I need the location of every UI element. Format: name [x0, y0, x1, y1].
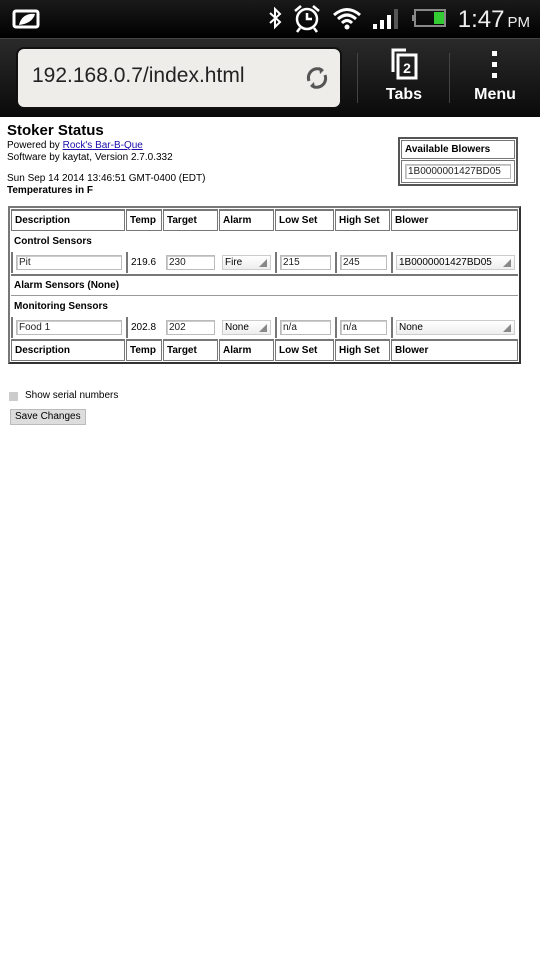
- col-description: Description: [11, 339, 125, 361]
- browser-toolbar: 192.168.0.7/index.html 2 Tabs Menu: [0, 38, 540, 117]
- alarm-select[interactable]: Fire: [222, 255, 271, 270]
- dropdown-arrow-icon: [259, 324, 267, 332]
- col-temp: Temp: [126, 209, 162, 231]
- col-temp: Temp: [126, 339, 162, 361]
- col-target: Target: [163, 339, 218, 361]
- tabs-icon: 2: [388, 47, 420, 81]
- separator: [357, 53, 358, 103]
- description-input[interactable]: Pit: [16, 255, 122, 270]
- status-bar: 1:47PM: [0, 0, 540, 38]
- temp-value: 202.8: [126, 317, 162, 338]
- show-serial-label: Show serial numbers: [25, 390, 118, 401]
- wifi-icon: [332, 6, 362, 35]
- alarm-select[interactable]: None: [222, 320, 271, 335]
- col-target: Target: [163, 209, 218, 231]
- url-text[interactable]: 192.168.0.7/index.html: [32, 64, 244, 88]
- col-high-set: High Set: [335, 339, 390, 361]
- url-bar[interactable]: 192.168.0.7/index.html: [18, 49, 340, 107]
- sensor-table: Description Temp Target Alarm Low Set Hi…: [8, 206, 521, 364]
- col-low-set: Low Set: [275, 209, 334, 231]
- show-serial-checkbox[interactable]: [9, 392, 18, 401]
- dropdown-arrow-icon: [259, 259, 267, 267]
- reload-icon[interactable]: [304, 65, 330, 96]
- available-blowers-panel: Available Blowers 1B0000001427BD05: [398, 137, 518, 186]
- tabs-label: Tabs: [384, 86, 424, 104]
- section-monitoring-sensors: Monitoring Sensors: [11, 297, 518, 316]
- blower-select[interactable]: None: [396, 320, 515, 335]
- table-row: Food 1 202.8 202 None n/a n/a None: [11, 317, 518, 338]
- alarm-clock-icon: [292, 3, 322, 38]
- signal-icon: [372, 6, 402, 35]
- col-blower: Blower: [391, 339, 518, 361]
- blower-select[interactable]: 1B0000001427BD05: [396, 255, 515, 270]
- dropdown-arrow-icon: [503, 324, 511, 332]
- blower-serial-field[interactable]: 1B0000001427BD05: [405, 164, 511, 179]
- header-row: Description Temp Target Alarm Low Set Hi…: [11, 209, 518, 231]
- battery-icon: [412, 8, 448, 33]
- tabs-button[interactable]: 2 Tabs: [384, 47, 424, 104]
- menu-button[interactable]: Menu: [470, 47, 520, 104]
- available-blowers-header: Available Blowers: [401, 140, 515, 159]
- overflow-menu-icon: [485, 47, 505, 81]
- target-input[interactable]: 230: [166, 255, 215, 270]
- units-label: Temperatures in F: [7, 185, 533, 197]
- col-description: Description: [11, 209, 125, 231]
- low-set-input[interactable]: 215: [280, 255, 331, 270]
- footer-header-row: Description Temp Target Alarm Low Set Hi…: [11, 339, 518, 361]
- high-set-input[interactable]: n/a: [340, 320, 387, 335]
- clock: 1:47PM: [458, 6, 530, 34]
- menu-label: Menu: [470, 86, 520, 104]
- low-set-input[interactable]: n/a: [280, 320, 331, 335]
- section-alarm-sensors: Alarm Sensors (None): [11, 274, 518, 296]
- description-input[interactable]: Food 1: [16, 320, 122, 335]
- high-set-input[interactable]: 245: [340, 255, 387, 270]
- target-input[interactable]: 202: [166, 320, 215, 335]
- temp-value: 219.6: [126, 252, 162, 273]
- dropdown-arrow-icon: [503, 259, 511, 267]
- page-content: Stoker Status Powered by Rock's Bar-B-Qu…: [7, 122, 533, 197]
- col-blower: Blower: [391, 209, 518, 231]
- separator: [449, 53, 450, 103]
- section-control-sensors: Control Sensors: [11, 232, 518, 251]
- rocks-bbq-link[interactable]: Rock's Bar-B-Que: [63, 140, 143, 151]
- table-row: Pit 219.6 230 Fire 215 245 1B0000001427B…: [11, 252, 518, 273]
- col-low-set: Low Set: [275, 339, 334, 361]
- col-high-set: High Set: [335, 209, 390, 231]
- col-alarm: Alarm: [219, 339, 274, 361]
- power-saver-icon: [12, 8, 42, 35]
- svg-text:2: 2: [403, 60, 411, 76]
- save-changes-button[interactable]: Save Changes: [10, 409, 86, 425]
- bluetooth-icon: [268, 6, 282, 35]
- col-alarm: Alarm: [219, 209, 274, 231]
